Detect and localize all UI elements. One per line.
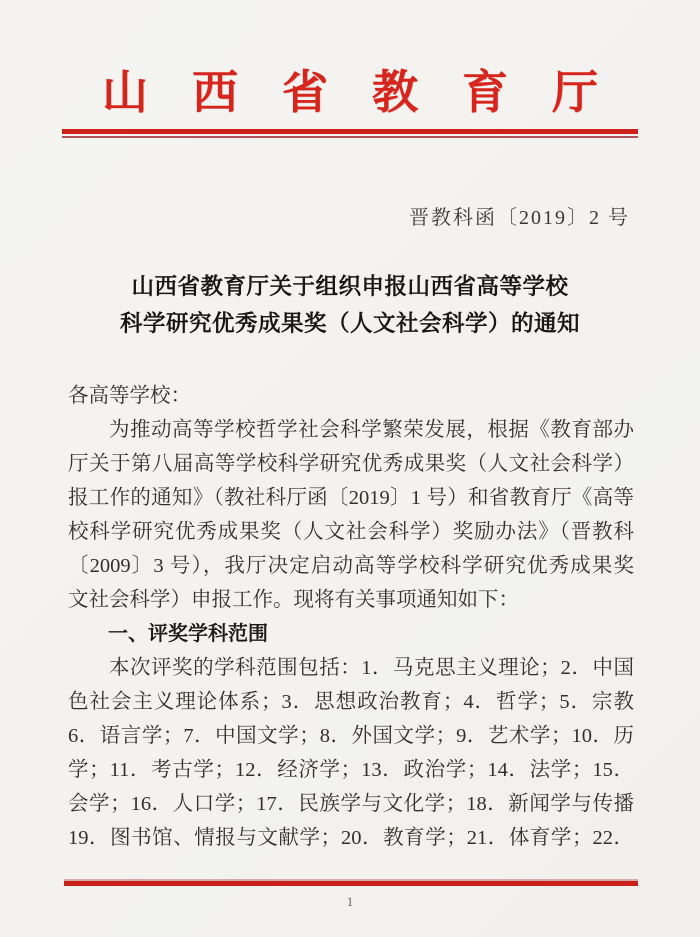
document-page: 山西省教育厅 晋教科函〔2019〕2 号 山西省教育厅关于组织申报山西省高等学校… (0, 0, 700, 937)
letterhead-rule (62, 129, 638, 138)
section-heading: 一、评奖学科范围 (68, 617, 634, 651)
body-line: 6．语言学；7．中国文学；8．外国文学；9．艺术学；10．历史 (68, 719, 634, 753)
page-number: 1 (0, 894, 700, 910)
body-line: 为推动高等学校哲学社会科学繁荣发展，根据《教育部办公 (68, 413, 634, 447)
body-line: 厅关于第八届高等学校科学研究优秀成果奖（人文社会科学）申 (68, 447, 634, 481)
letterhead-agency-name: 山西省教育厅 (0, 56, 700, 122)
body-line: 本次评奖的学科范围包括：1．马克思主义理论；2．中国特 (68, 651, 634, 685)
footer-rule (64, 879, 638, 886)
body-line: 校科学研究优秀成果奖（人文社会科学）奖励办法》（晋教科 (68, 515, 634, 549)
body-line: 色社会主义理论体系；3．思想政治教育；4．哲学；5．宗教学； (68, 685, 634, 719)
body-salutation: 各高等学校： (68, 379, 634, 413)
document-title-line2: 科学研究优秀成果奖（人文社会科学）的通知 (40, 305, 660, 342)
document-title: 山西省教育厅关于组织申报山西省高等学校 科学研究优秀成果奖（人文社会科学）的通知 (40, 268, 660, 342)
footer-rule-thick-line (64, 881, 638, 886)
document-body: 各高等学校： 为推动高等学校哲学社会科学繁荣发展，根据《教育部办公 厅关于第八届… (68, 379, 634, 855)
body-line: 19．图书馆、情报与文献学；20．教育学；21．体育学；22．统 (68, 821, 634, 855)
body-line: 文社会科学）申报工作。现将有关事项通知如下： (68, 583, 634, 617)
letterhead-rule-thin-line (62, 136, 638, 138)
body-line: 会学；16．人口学；17．民族学与文化学；18．新闻学与传播学； (68, 787, 634, 821)
body-line: 学；11．考古学；12．经济学；13．政治学；14．法学；15．社 (68, 753, 634, 787)
document-number: 晋教科函〔2019〕2 号 (0, 201, 630, 230)
body-line: 报工作的通知》（教社科厅函〔2019〕1 号）和省教育厅《高等学 (68, 481, 634, 515)
document-title-line1: 山西省教育厅关于组织申报山西省高等学校 (40, 268, 660, 305)
body-line: 〔2009〕3 号），我厅决定启动高等学校科学研究优秀成果奖（人 (68, 549, 634, 583)
